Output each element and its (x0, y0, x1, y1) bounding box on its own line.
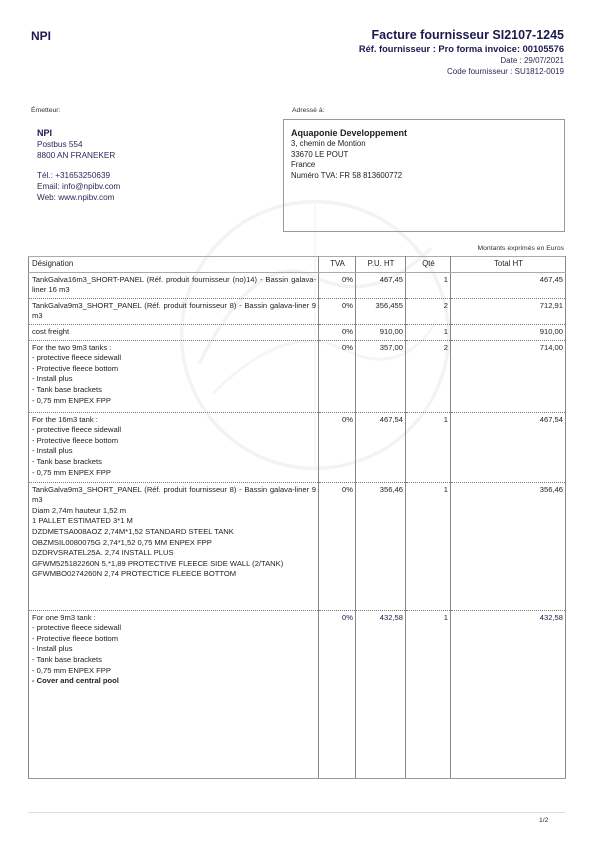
cell-designation: For the 16m3 tank :- protective fleece s… (29, 412, 319, 482)
table-row: For the two 9m3 tanks :- protective flee… (29, 340, 566, 412)
sender-web[interactable]: Web: www.npibv.com (37, 192, 120, 203)
cell-tva: 0% (319, 298, 356, 324)
designation-line: - 0,75 mm ENPEX FPP (32, 666, 316, 677)
designation-line: GFWM525182260N 5,*1,89 PROTECTIVE FLEECE… (32, 559, 316, 570)
cell-quantity: 1 (406, 412, 451, 482)
table-row: cost freight0%910,001910,00 (29, 324, 566, 340)
designation-line: - 0,75 mm ENPEX FPP (32, 396, 316, 407)
sender-email[interactable]: Email: info@npibv.com (37, 181, 120, 192)
cell-total: 432,58 (451, 610, 566, 778)
invoice-header: Facture fournisseur SI2107-1245 Réf. fou… (359, 28, 564, 77)
supplier-reference: Réf. fournisseur : Pro forma invoice: 00… (359, 43, 564, 55)
designation-line: For the two 9m3 tanks : (32, 343, 316, 354)
recipient-country: France (291, 160, 564, 171)
table-row: TankGalva9m3_SHORT_PANEL (Réf. produit f… (29, 298, 566, 324)
designation-line: - Protective fleece bottom (32, 364, 316, 375)
designation-line: cost freight (32, 327, 316, 338)
sender-address-line1: Postbus 554 (37, 139, 120, 150)
designation-line-bold: - Cover and central pool (32, 676, 316, 687)
table-row: TankGalva16m3_SHORT-PANEL (Réf. produit … (29, 272, 566, 298)
cell-designation: TankGalva9m3_SHORT_PANEL (Réf. produit f… (29, 482, 319, 610)
designation-line: - Tank base brackets (32, 385, 316, 396)
cell-unit-price: 467,45 (356, 272, 406, 298)
column-header-designation: Désignation (29, 257, 319, 273)
currency-note: Montants exprimés en Euros (477, 245, 564, 252)
brand-logo-text: NPI (31, 29, 51, 43)
cell-quantity: 1 (406, 610, 451, 778)
recipient-name: Aquaponie Developpement (291, 128, 564, 139)
page-number: 1/2 (539, 817, 548, 824)
table-header-row: Désignation TVA P.U. HT Qté Total HT (29, 257, 566, 273)
invoice-title: Facture fournisseur SI2107-1245 (359, 28, 564, 43)
cell-tva: 0% (319, 610, 356, 778)
cell-quantity: 2 (406, 298, 451, 324)
designation-line: - protective fleece sidewall (32, 425, 316, 436)
cell-tva: 0% (319, 272, 356, 298)
sender-label: Émetteur: (31, 107, 60, 114)
designation-line: OBZMSIL0080075G 2,74*1,52 0,75 MM ENPEX … (32, 538, 316, 549)
designation-line: - Tank base brackets (32, 457, 316, 468)
sender-name: NPI (37, 128, 120, 139)
table-row: For one 9m3 tank :- protective fleece si… (29, 610, 566, 778)
table-row: TankGalva9m3_SHORT_PANEL (Réf. produit f… (29, 482, 566, 610)
cell-unit-price: 356,455 (356, 298, 406, 324)
supplier-code: Code fournisseur : SU1812-0019 (359, 66, 564, 77)
recipient-address-line1: 3, chemin de Montion (291, 139, 564, 150)
column-header-unit-price: P.U. HT (356, 257, 406, 273)
designation-line: TankGalva9m3_SHORT_PANEL (Réf. produit f… (32, 301, 316, 322)
designation-line: DZDRVSRATEL25A. 2,74 INSTALL PLUS (32, 548, 316, 559)
cell-quantity: 2 (406, 340, 451, 412)
cell-total: 712,91 (451, 298, 566, 324)
recipient-label: Adressé à: (292, 107, 325, 114)
cell-quantity: 1 (406, 272, 451, 298)
cell-unit-price: 910,00 (356, 324, 406, 340)
cell-unit-price: 356,46 (356, 482, 406, 610)
designation-line: - Tank base brackets (32, 655, 316, 666)
cell-designation: For one 9m3 tank :- protective fleece si… (29, 610, 319, 778)
column-header-total: Total HT (451, 257, 566, 273)
sender-phone: Tél.: +31653250639 (37, 170, 120, 181)
recipient-vat: Numéro TVA: FR 58 813600772 (291, 171, 564, 182)
designation-line: TankGalva9m3_SHORT_PANEL (Réf. produit f… (32, 485, 316, 506)
invoice-date: Date : 29/07/2021 (359, 55, 564, 66)
designation-line: DZDMETSA008AOZ 2,74M*1,52 STANDARD STEEL… (32, 527, 316, 538)
designation-line: - Install plus (32, 446, 316, 457)
cell-total: 467,45 (451, 272, 566, 298)
cell-designation: TankGalva16m3_SHORT-PANEL (Réf. produit … (29, 272, 319, 298)
cell-tva: 0% (319, 324, 356, 340)
sender-block: NPI Postbus 554 8800 AN FRANEKER Tél.: +… (37, 128, 120, 203)
cell-unit-price: 467,54 (356, 412, 406, 482)
designation-line: - Protective fleece bottom (32, 436, 316, 447)
cell-total: 910,00 (451, 324, 566, 340)
invoice-lines-table: Désignation TVA P.U. HT Qté Total HT Tan… (28, 256, 566, 779)
designation-line: - Install plus (32, 644, 316, 655)
cell-total: 356,46 (451, 482, 566, 610)
designation-line: GFWMBO0274260N 2,74 PROTECTICE FLEECE BO… (32, 569, 316, 580)
designation-line: - 0,75 mm ENPEX FPP (32, 468, 316, 479)
cell-total: 467,54 (451, 412, 566, 482)
cell-designation: For the two 9m3 tanks :- protective flee… (29, 340, 319, 412)
designation-line: 1 PALLET ESTIMATED 3*1 M (32, 516, 316, 527)
cell-tva: 0% (319, 482, 356, 610)
cell-designation: cost freight (29, 324, 319, 340)
designation-line: TankGalva16m3_SHORT-PANEL (Réf. produit … (32, 275, 316, 296)
designation-line: For the 16m3 tank : (32, 415, 316, 426)
designation-line: - Protective fleece bottom (32, 634, 316, 645)
sender-address-line2: 8800 AN FRANEKER (37, 150, 120, 161)
column-header-quantity: Qté (406, 257, 451, 273)
cell-quantity: 1 (406, 482, 451, 610)
column-header-tva: TVA (319, 257, 356, 273)
cell-tva: 0% (319, 340, 356, 412)
table-row: For the 16m3 tank :- protective fleece s… (29, 412, 566, 482)
designation-line: - protective fleece sidewall (32, 623, 316, 634)
cell-tva: 0% (319, 412, 356, 482)
designation-line: - protective fleece sidewall (32, 353, 316, 364)
recipient-block: Aquaponie Developpement 3, chemin de Mon… (283, 119, 565, 232)
footer-divider (28, 812, 565, 813)
cell-unit-price: 432,58 (356, 610, 406, 778)
cell-quantity: 1 (406, 324, 451, 340)
recipient-address-line2: 33670 LE POUT (291, 150, 564, 161)
cell-designation: TankGalva9m3_SHORT_PANEL (Réf. produit f… (29, 298, 319, 324)
designation-line: - Install plus (32, 374, 316, 385)
designation-line: Diam 2,74m hauteur 1,52 m (32, 506, 316, 517)
cell-unit-price: 357,00 (356, 340, 406, 412)
cell-total: 714,00 (451, 340, 566, 412)
designation-line: For one 9m3 tank : (32, 613, 316, 624)
